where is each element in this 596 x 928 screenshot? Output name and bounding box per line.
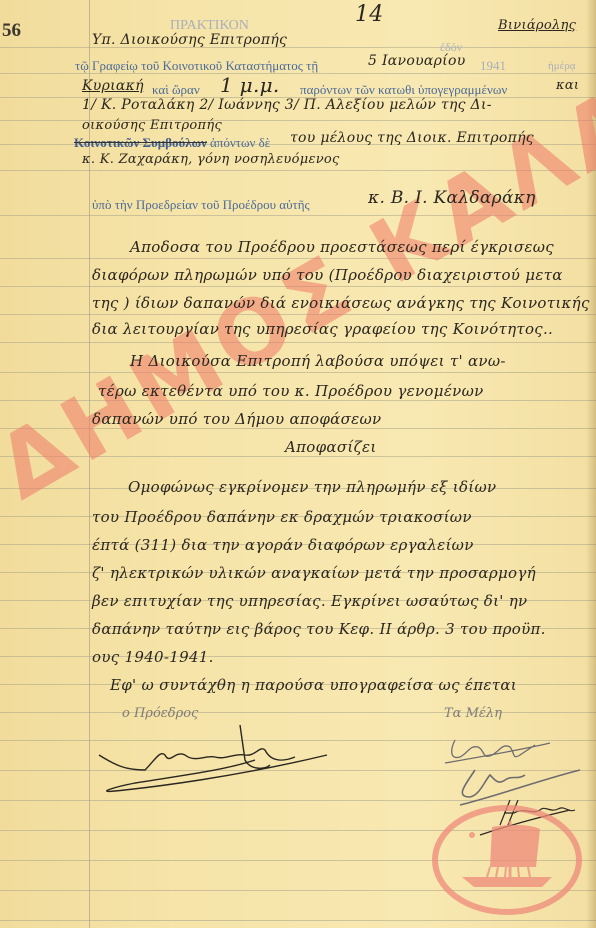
present-members: 1/ Κ. Ροταλάκη 2/ Ιωάννης 3/ Π. Αλεξίου … [82, 97, 492, 113]
meeting-year: 1941 [480, 58, 506, 74]
chair-name: κ. Β. Ι. Καλδαράκη [368, 188, 536, 208]
meeting-hour: 1 μ.μ. [220, 73, 280, 97]
body-line: δαπανών υπό του Δήμου αποφάσεων [92, 410, 381, 428]
printed-office-line: τῷ Γραφείῳ τοῦ Κοινοτικοῦ Καταστήματος τ… [75, 58, 318, 74]
body-line: Ομοφώνως εγκρίνομεν την πληρωμήν εξ ιδίω… [128, 478, 496, 496]
printed-day-label: ἡμέρᾳ [548, 60, 576, 72]
members-label: Τα Μέλη [444, 706, 502, 721]
body-line: δια λειτουργίαν της υπηρεσίας γραφείου τ… [92, 320, 553, 338]
body-line: Αποδοσα του Προέδρου προεστάσεως περί έγ… [130, 238, 554, 256]
body-line: της ) ίδιων δαπανών διά ενοικιάσεως ανάγ… [92, 294, 590, 312]
document-page: ΔΗΜΟΣ ΚΑΛΑΜΑΤΑΣ 56 ΠΡΑΚΤΙΚΟΝ 14 Υπ. Διοι… [0, 0, 596, 928]
printed-chair-label: ὑπὸ τὴν Προεδρείαν τοῦ Προέδρου αὐτῆς [92, 197, 310, 213]
body-line: βεν επιτυχίαν της υπηρεσίας. Εγκρίνει ωσ… [92, 592, 527, 610]
body-line: διαφόρων πληρωμών υπό του (Προέδρου διαχ… [92, 266, 563, 284]
body-line: δαπάνην ταύτην εις βάρος του Κεφ. ΙΙ άρθ… [92, 620, 546, 638]
body-line: έπτά (311) δια την αγοράν διαφόρων εργαλ… [92, 536, 474, 554]
body-line: Η Διοικούσα Επιτροπή λαβούσα υπόψει τ' α… [130, 352, 506, 370]
decision-heading: Αποφασίζει [285, 438, 377, 456]
topic-right: Βινιάρολης [498, 18, 576, 33]
topic-heading: Υπ. Διοικούσης Επιτροπής [92, 32, 287, 48]
printed-present-label: παρόντων τῶν κατωθι ὑπογεγραμμένων [300, 82, 507, 98]
printed-absent-label: ἀπόντων δὲ [210, 135, 270, 151]
printed-hour-label: καὶ ὥραν [152, 82, 200, 98]
body-line: τέρω εκτεθέντα υπό του κ. Προέδρου γενομ… [98, 382, 484, 400]
ship-seal-stamp [432, 805, 582, 915]
printed-councillors-struck: Κοινοτικῶν Συμβούλων [74, 135, 207, 151]
meeting-date: 5 Ιανουαρίου [368, 53, 466, 69]
closing-line: Εφ' ω συντάχθη η παρούσα υπογραφείσα ως … [110, 676, 517, 694]
absent-member-title: του μέλους της Διοικ. Επιτροπής [290, 130, 534, 146]
president-signature [95, 715, 335, 795]
body-line: ζ' ηλεκτρικών υλικών αναγκαίων μετά την … [92, 564, 536, 582]
body-line: ους 1940-1941. [92, 648, 214, 666]
meeting-weekday: Κυριακή [82, 78, 144, 94]
body-line: του Προέδρου δαπάνην εκ δραχμών τριακοσί… [92, 508, 472, 526]
folio-number: 14 [355, 2, 384, 27]
present-members-cont: οικούσης Επιτροπής [82, 118, 222, 133]
page-number: 56 [2, 20, 21, 42]
absent-member-name: κ. Κ. Ζαχαράκη, γόνη νοσηλευόμενος [82, 152, 340, 167]
hand-and: και [556, 78, 579, 93]
